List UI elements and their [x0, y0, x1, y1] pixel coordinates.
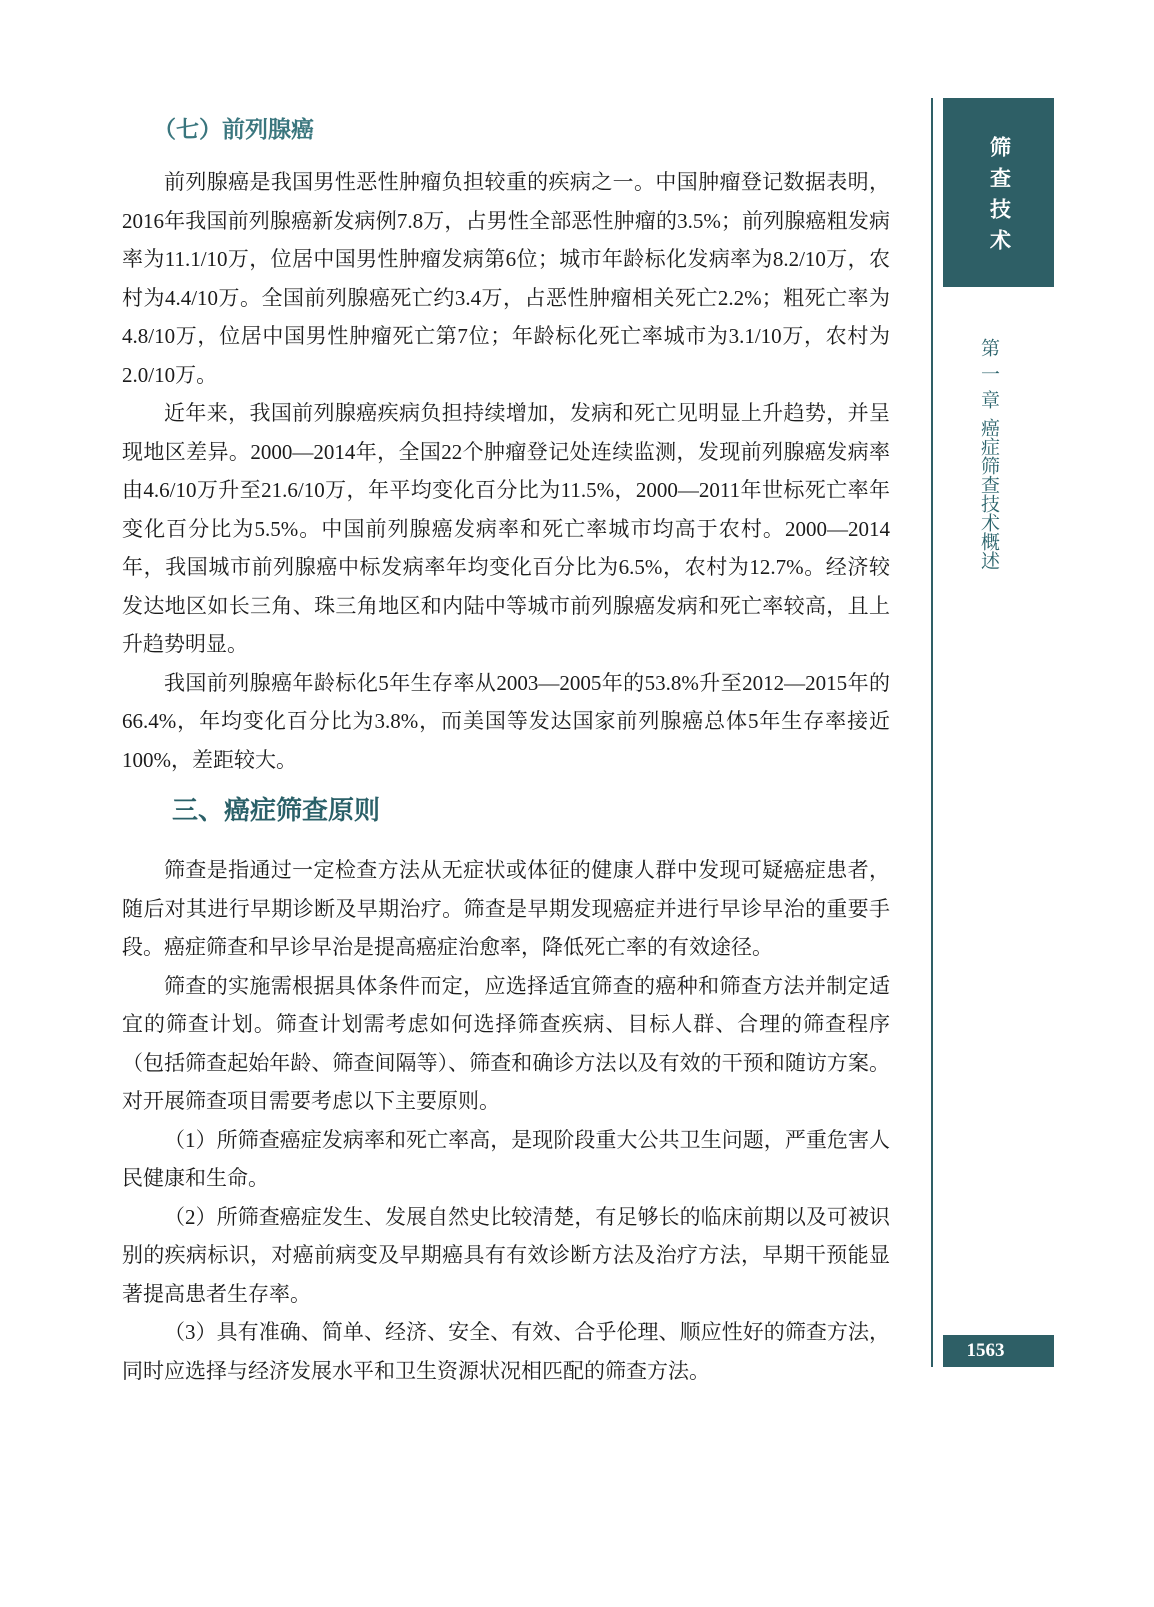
section-heading-screening-principles: 三、癌症筛查原则: [122, 795, 890, 827]
body-paragraph: （2）所筛查癌症发生、发展自然史比较清楚，有足够长的临床前期以及可被识别的疾病标…: [122, 1198, 890, 1314]
sidebar-tab-label: 筛查技术: [984, 136, 1014, 260]
body-paragraph: 筛查是指通过一定检查方法从无症状或体征的健康人群中发现可疑癌症患者，随后对其进行…: [122, 851, 890, 967]
body-paragraph: （3）具有准确、简单、经济、安全、有效、合乎伦理、顺应性好的筛查方法，同时应选择…: [122, 1313, 890, 1390]
body-paragraph: 我国前列腺癌年龄标化5年生存率从2003—2005年的53.8%升至2012—2…: [122, 664, 890, 780]
sidebar-vertical-rule: [931, 98, 933, 1367]
subsection-heading-prostate-cancer: （七）前列腺癌: [122, 113, 890, 145]
sidebar-section-tab: 筛查技术: [943, 98, 1054, 287]
page-number: 1563: [967, 1340, 1005, 1362]
body-paragraph: 前列腺癌是我国男性恶性肿瘤负担较重的疾病之一。中国肿瘤登记数据表明，2016年我…: [122, 163, 890, 394]
sidebar-chapter-title: 癌症筛查技术概述: [975, 418, 1002, 570]
main-text-column: （七）前列腺癌 前列腺癌是我国男性恶性肿瘤负担较重的疾病之一。中国肿瘤登记数据表…: [122, 113, 890, 1390]
body-paragraph: 筛查的实施需根据具体条件而定，应选择适宜筛查的癌种和筛查方法并制定适宜的筛查计划…: [122, 967, 890, 1121]
sidebar-chapter-number: 第一章: [975, 338, 1002, 416]
book-page: （七）前列腺癌 前列腺癌是我国男性恶性肿瘤负担较重的疾病之一。中国肿瘤登记数据表…: [0, 0, 1154, 1607]
body-paragraph: （1）所筛查癌症发病率和死亡率高，是现阶段重大公共卫生问题，严重危害人民健康和生…: [122, 1121, 890, 1198]
page-number-box: 1563: [943, 1335, 1054, 1367]
body-paragraph: 近年来，我国前列腺癌疾病负担持续增加，发病和死亡见明显上升趋势，并呈现地区差异。…: [122, 394, 890, 664]
